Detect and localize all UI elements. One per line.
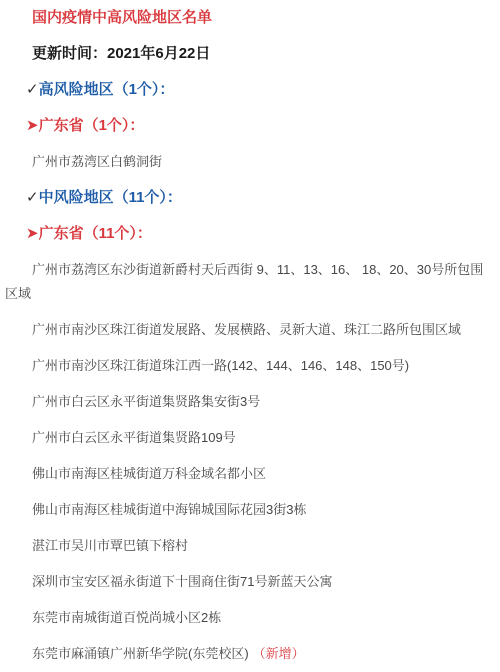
risk-level-label: 高风险地区（1个）： [39,81,175,98]
area-item: 广州市白云区永平街道集贤路集安街3号 [5,390,492,414]
area-text: 东莞市南城街道百悦尚城小区2栋 [32,610,221,625]
area-item: 广州市荔湾区东沙街道新爵村天后西街 9、11、13、16、 18、20、30号所… [5,258,492,306]
arrow-icon: ➤ [26,117,39,134]
area-item: 佛山市南海区桂城街道万科金域名都小区 [5,462,492,486]
area-text: 广州市白云区永平街道集贤路集安街3号 [32,394,260,409]
check-icon: ✓ [26,81,39,98]
area-item: 广州市荔湾区白鹤洞街 [5,150,492,174]
page-title: 国内疫情中高风险地区名单 [5,6,492,30]
province-heading: ➤广东省（1个）： [5,114,492,138]
area-text: 广州市南沙区珠江街道发展路、发展横路、灵新大道、珠江二路所包围区域 [32,322,461,337]
area-text: 佛山市南海区桂城街道中海锦城国际花园3街3栋 [32,502,306,517]
area-item: 湛江市吴川市覃巴镇下榕村 [5,534,492,558]
check-icon: ✓ [26,189,39,206]
risk-level-heading: ✓中风险地区（11个）： [5,186,492,210]
area-item: 东莞市麻涌镇广州新华学院(东莞校区)（新增） [5,642,492,666]
area-item: 广州市南沙区珠江街道珠江西一路(142、144、146、148、150号) [5,354,492,378]
area-text: 广州市白云区永平街道集贤路109号 [32,430,236,445]
risk-level-heading: ✓高风险地区（1个）： [5,78,492,102]
province-label: 广东省（11个）： [39,225,152,242]
risk-sections: ✓高风险地区（1个）：➤广东省（1个）：广州市荔湾区白鹤洞街✓中风险地区（11个… [5,78,492,666]
risk-area-document: 国内疫情中高风险地区名单 更新时间：2021年6月22日 ✓高风险地区（1个）：… [0,0,500,672]
area-item: 东莞市南城街道百悦尚城小区2栋 [5,606,492,630]
arrow-icon: ➤ [26,225,39,242]
area-text: 广州市荔湾区白鹤洞街 [32,154,162,169]
area-text: 广州市南沙区珠江街道珠江西一路(142、144、146、148、150号) [32,358,409,373]
area-item: 广州市白云区永平街道集贤路109号 [5,426,492,450]
area-item: 广州市南沙区珠江街道发展路、发展横路、灵新大道、珠江二路所包围区域 [5,318,492,342]
area-text: 佛山市南海区桂城街道万科金域名都小区 [32,466,266,481]
area-item: 佛山市南海区桂城街道中海锦城国际花园3街3栋 [5,498,492,522]
province-label: 广东省（1个）： [39,117,145,134]
area-item: 深圳市宝安区福永街道下十围商住街71号新蓝天公寓 [5,570,492,594]
area-text: 东莞市麻涌镇广州新华学院(东莞校区) [32,646,249,661]
risk-level-label: 中风险地区（11个）： [39,189,182,206]
province-heading: ➤广东省（11个）： [5,222,492,246]
update-time: 更新时间：2021年6月22日 [5,42,492,66]
area-text: 深圳市宝安区福永街道下十围商住街71号新蓝天公寓 [32,574,332,589]
area-text: 湛江市吴川市覃巴镇下榕村 [32,538,188,553]
new-badge: （新增） [253,646,305,661]
area-text: 广州市荔湾区东沙街道新爵村天后西街 9、11、13、16、 18、20、30号所… [5,262,483,301]
